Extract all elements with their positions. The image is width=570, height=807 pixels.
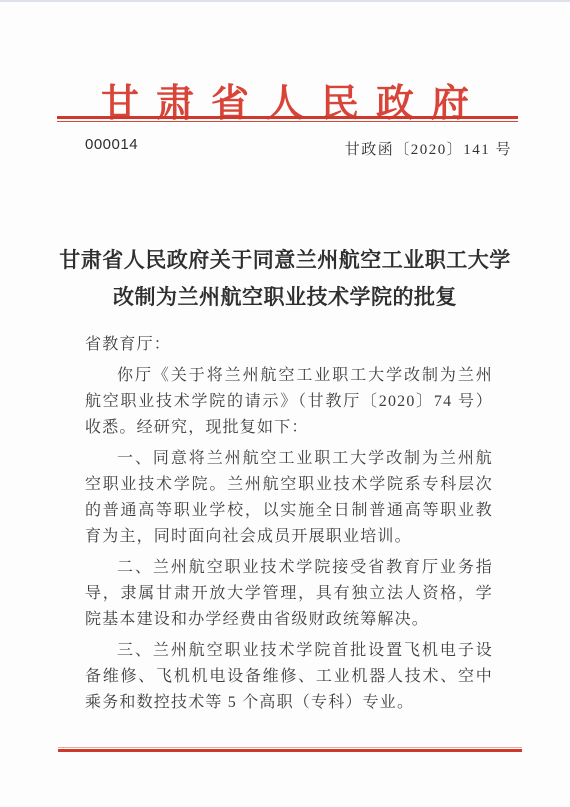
scanned-official-document-page: 甘肃省人民政府 000014 甘政函〔2020〕141 号 甘肃省人民政府关于同… [0, 0, 570, 807]
document-body: 省教育厅： 你厅《关于将兰州航空工业职工大学改制为兰州航空职业技术学院的请示》（… [85, 332, 493, 716]
footer-double-rule [58, 747, 522, 752]
scan-edge-artifact [0, 0, 570, 2]
body-paragraph-item-2: 二、兰州航空职业技术学院接受省教育厅业务指导，隶属甘肃开放大学管理，具有独立法人… [85, 555, 493, 633]
rule-thick-line [58, 749, 522, 752]
document-title-line-1: 甘肃省人民政府关于同意兰州航空工业职工大学 [30, 242, 540, 279]
letterhead-double-rule [57, 116, 518, 122]
rule-thin-line [57, 121, 518, 122]
body-paragraph-intro: 你厅《关于将兰州航空工业职工大学改制为兰州航空职业技术学院的请示》（甘教厅〔20… [85, 363, 493, 441]
document-reference-number: 甘政函〔2020〕141 号 [345, 138, 512, 159]
body-paragraph-item-3: 三、兰州航空职业技术学院首批设置飞机电子设备维修、飞机机电设备维修、工业机器人技… [85, 638, 493, 716]
body-paragraph-item-1: 一、同意将兰州航空工业职工大学改制为兰州航空职业技术学院。兰州航空职业技术学院系… [85, 446, 493, 550]
document-title-line-2: 改制为兰州航空职业技术学院的批复 [30, 279, 540, 316]
document-title: 甘肃省人民政府关于同意兰州航空工业职工大学 改制为兰州航空职业技术学院的批复 [30, 242, 540, 316]
salutation: 省教育厅： [85, 332, 493, 358]
document-serial-number: 000014 [85, 136, 138, 153]
